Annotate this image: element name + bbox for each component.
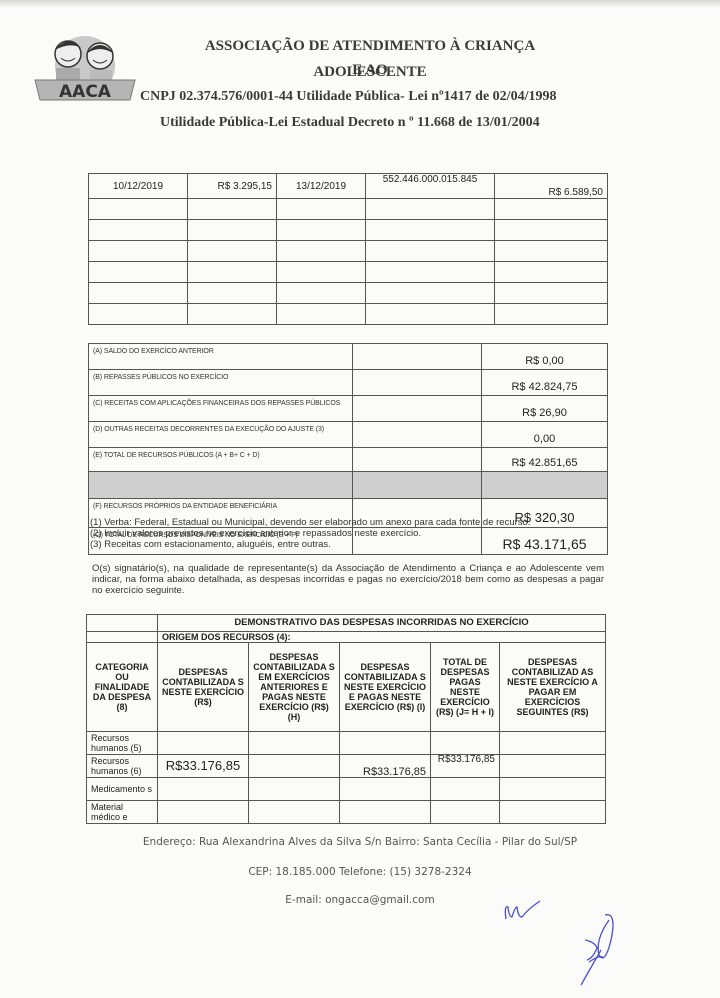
footnote: (2) Incluir valores previstos no exercíc…	[90, 528, 530, 539]
table-row: Recursos humanos (5)	[87, 732, 606, 755]
expenses-title-row: DEMONSTRATIVO DAS DESPESAS INCORRIDAS NO…	[87, 615, 606, 632]
signature-initials	[500, 895, 550, 925]
column-header: TOTAL DE DESPESAS PAGAS NESTE EXERCÍCIO …	[431, 643, 500, 732]
amount-cell: R$ 3.295,15	[188, 174, 277, 199]
footer-address: Endereço: Rua Alexandrina Alves da Silva…	[0, 836, 720, 848]
summary-row: (B) REPASSES PÚBLICOS NO EXERCÍCIO R$ 42…	[89, 370, 608, 396]
footer-cep-phone: CEP: 18.185.000 Telefone: (15) 3278-2324	[0, 866, 720, 878]
document-cell: 552.446.000.015.845	[366, 174, 495, 199]
table-row	[89, 283, 608, 304]
table-row	[89, 199, 608, 220]
shaded-row	[89, 472, 608, 499]
column-header: DESPESAS CONTABILIZADA S NESTE EXERCÍCIO…	[158, 643, 249, 732]
date-cell: 13/12/2019	[277, 174, 366, 199]
declaration-paragraph: O(s) signatário(s), na qualidade de repr…	[92, 563, 604, 596]
payments-table: 10/12/2019 R$ 3.295,15 13/12/2019 552.44…	[88, 173, 608, 325]
column-header: DESPESAS CONTABILIZAD AS NESTE EXERCÍCIO…	[500, 643, 606, 732]
table-row	[89, 241, 608, 262]
svg-text:AACA: AACA	[59, 82, 112, 102]
amount-cell: R$ 6.589,50	[495, 174, 608, 199]
table-row: 10/12/2019 R$ 3.295,15 13/12/2019 552.44…	[89, 174, 608, 199]
scan-edge	[0, 0, 720, 8]
table-row	[89, 220, 608, 241]
footer-email: E-mail: ongacca@gmail.com	[0, 894, 720, 906]
table-row: Material médico e	[87, 801, 606, 824]
header-row: CATEGORIA OU FINALIDADE DA DESPESA (8) D…	[87, 643, 606, 732]
expenses-table: DEMONSTRATIVO DAS DESPESAS INCORRIDAS NO…	[86, 614, 606, 824]
expenses-title: DEMONSTRATIVO DAS DESPESAS INCORRIDAS NO…	[158, 615, 606, 632]
footnotes: (1) Verba: Federal, Estadual ou Municipa…	[90, 517, 530, 550]
signature	[575, 910, 625, 990]
column-header: CATEGORIA OU FINALIDADE DA DESPESA (8)	[87, 643, 158, 732]
aaca-logo: AACA	[30, 30, 140, 110]
origin-label: ORIGEM DOS RECURSOS (4):	[158, 632, 606, 643]
footnote: (1) Verba: Federal, Estadual ou Municipa…	[90, 517, 530, 528]
origin-row: ORIGEM DOS RECURSOS (4):	[87, 632, 606, 643]
cnpj-line: CNPJ 02.374.576/0001-44 Utilidade Públic…	[140, 86, 580, 108]
summary-row: (A) SALDO DO EXERCÍCO ANTERIOR R$ 0,00	[89, 344, 608, 370]
table-row: Recursos humanos (6) R$33.176,85 R$33.17…	[87, 755, 606, 778]
summary-row: (C) RECEITAS COM APLICAÇÕES FINANCEIRAS …	[89, 396, 608, 422]
org-name-line2: ADOLESCENTE	[200, 60, 540, 84]
date-cell: 10/12/2019	[89, 174, 188, 199]
summary-row: (E) TOTAL DE RECURSOS PÚBLICOS (A + B+ C…	[89, 448, 608, 472]
column-header: DESPESAS CONTABILIZADA S EM EXERCÍCIOS A…	[249, 643, 340, 732]
state-decree-line: Utilidade Pública-Lei Estadual Decreto n…	[160, 112, 580, 134]
summary-row: (D) OUTRAS RECEITAS DECORRENTES DA EXECU…	[89, 422, 608, 448]
column-header: DESPESAS CONTABILIZADA S NESTE EXERCÍCIO…	[340, 643, 431, 732]
table-row: Medicamento s	[87, 778, 606, 801]
footnote: (3) Receitas com estacionamento, aluguéi…	[90, 539, 530, 550]
table-row	[89, 304, 608, 325]
table-row	[89, 262, 608, 283]
